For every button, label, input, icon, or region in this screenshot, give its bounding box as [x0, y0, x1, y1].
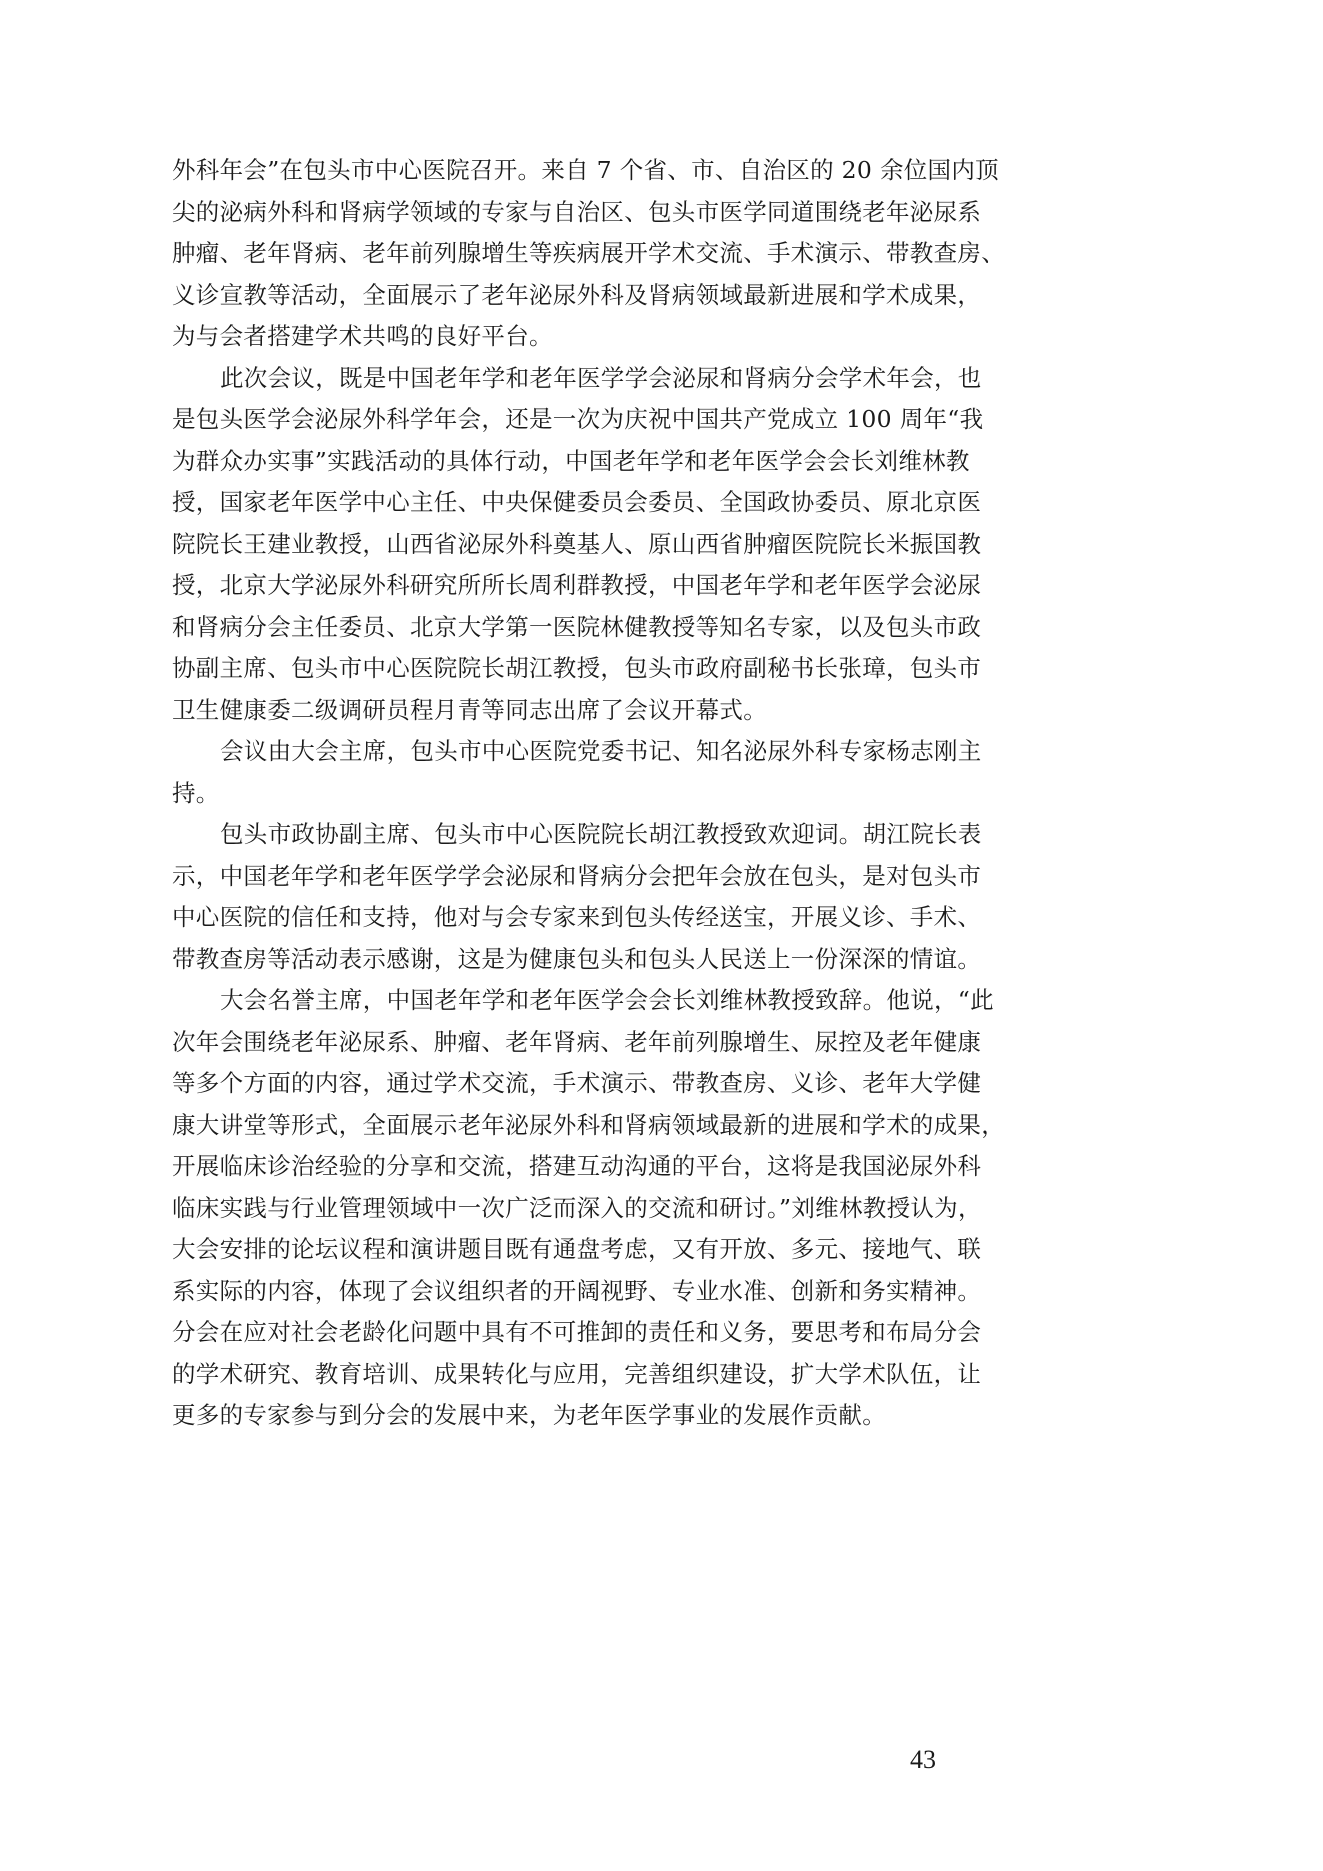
- text-line: 更多的专家参与到分会的发展中来，为老年医学事业的发展作贡献。: [172, 1395, 936, 1437]
- text-line: 尖的泌病外科和肾病学领域的专家与自治区、包头市医学同道围绕老年泌尿系: [172, 192, 936, 234]
- text-line: 此次会议，既是中国老年学和老年医学学会泌尿和肾病分会学术年会，也: [172, 358, 936, 400]
- text-line: 院院长王建业教授，山西省泌尿外科奠基人、原山西省肿瘤医院院长米振国教: [172, 524, 936, 566]
- paragraph-5: 大会名誉主席，中国老年学和老年医学会会长刘维林教授致辞。他说，“此 次年会围绕老…: [172, 980, 936, 1437]
- text-line: 肿瘤、老年肾病、老年前列腺增生等疾病展开学术交流、手术演示、带教查房、: [172, 233, 936, 275]
- text-line: 授，北京大学泌尿外科研究所所长周利群教授，中国老年学和老年医学会泌尿: [172, 565, 936, 607]
- text-line: 等多个方面的内容，通过学术交流，手术演示、带教查房、义诊、老年大学健: [172, 1063, 936, 1105]
- text-line: 为群众办实事”实践活动的具体行动，中国老年学和老年医学会会长刘维林教: [172, 441, 936, 483]
- text-line: 康大讲堂等形式，全面展示老年泌尿外科和肾病领域最新的进展和学术的成果，: [172, 1105, 936, 1147]
- article-body: 外科年会”在包头市中心医院召开。来自 7 个省、市、自治区的 20 余位国内顶 …: [172, 150, 936, 1437]
- page-number: 43: [910, 1745, 936, 1775]
- text-line: 临床实践与行业管理领域中一次广泛而深入的交流和研讨。”刘维林教授认为，: [172, 1188, 936, 1230]
- text-line: 包头市政协副主席、包头市中心医院院长胡江教授致欢迎词。胡江院长表: [172, 814, 936, 856]
- text-line: 开展临床诊治经验的分享和交流，搭建互动沟通的平台，这将是我国泌尿外科: [172, 1146, 936, 1188]
- text-line: 持。: [172, 773, 936, 815]
- text-line: 授，国家老年医学中心主任、中央保健委员会委员、全国政协委员、原北京医: [172, 482, 936, 524]
- text-line: 大会名誉主席，中国老年学和老年医学会会长刘维林教授致辞。他说，“此: [172, 980, 936, 1022]
- text-line: 是包头医学会泌尿外科学年会，还是一次为庆祝中国共产党成立 100 周年“我: [172, 399, 936, 441]
- text-line: 次年会围绕老年泌尿系、肿瘤、老年肾病、老年前列腺增生、尿控及老年健康: [172, 1022, 936, 1064]
- text-line: 示，中国老年学和老年医学学会泌尿和肾病分会把年会放在包头，是对包头市: [172, 856, 936, 898]
- text-line: 外科年会”在包头市中心医院召开。来自 7 个省、市、自治区的 20 余位国内顶: [172, 150, 936, 192]
- paragraph-2: 此次会议，既是中国老年学和老年医学学会泌尿和肾病分会学术年会，也 是包头医学会泌…: [172, 358, 936, 732]
- text-line: 会议由大会主席，包头市中心医院党委书记、知名泌尿外科专家杨志刚主: [172, 731, 936, 773]
- paragraph-3: 会议由大会主席，包头市中心医院党委书记、知名泌尿外科专家杨志刚主 持。: [172, 731, 936, 814]
- text-line: 大会安排的论坛议程和演讲题目既有通盘考虑，又有开放、多元、接地气、联: [172, 1229, 936, 1271]
- text-line: 的学术研究、教育培训、成果转化与应用，完善组织建设，扩大学术队伍，让: [172, 1354, 936, 1396]
- document-page: 外科年会”在包头市中心医院召开。来自 7 个省、市、自治区的 20 余位国内顶 …: [0, 0, 1323, 1871]
- text-line: 义诊宣教等活动，全面展示了老年泌尿外科及肾病领域最新进展和学术成果，: [172, 275, 936, 317]
- paragraph-1: 外科年会”在包头市中心医院召开。来自 7 个省、市、自治区的 20 余位国内顶 …: [172, 150, 936, 358]
- text-line: 带教查房等活动表示感谢，这是为健康包头和包头人民送上一份深深的情谊。: [172, 939, 936, 981]
- text-line: 中心医院的信任和支持，他对与会专家来到包头传经送宝，开展义诊、手术、: [172, 897, 936, 939]
- paragraph-4: 包头市政协副主席、包头市中心医院院长胡江教授致欢迎词。胡江院长表 示，中国老年学…: [172, 814, 936, 980]
- text-line: 分会在应对社会老龄化问题中具有不可推卸的责任和义务，要思考和布局分会: [172, 1312, 936, 1354]
- text-line: 系实际的内容，体现了会议组织者的开阔视野、专业水准、创新和务实精神。: [172, 1271, 936, 1313]
- text-line: 卫生健康委二级调研员程月青等同志出席了会议开幕式。: [172, 690, 936, 732]
- text-line: 和肾病分会主任委员、北京大学第一医院林健教授等知名专家，以及包头市政: [172, 607, 936, 649]
- text-line: 协副主席、包头市中心医院院长胡江教授，包头市政府副秘书长张璋，包头市: [172, 648, 936, 690]
- text-line: 为与会者搭建学术共鸣的良好平台。: [172, 316, 936, 358]
